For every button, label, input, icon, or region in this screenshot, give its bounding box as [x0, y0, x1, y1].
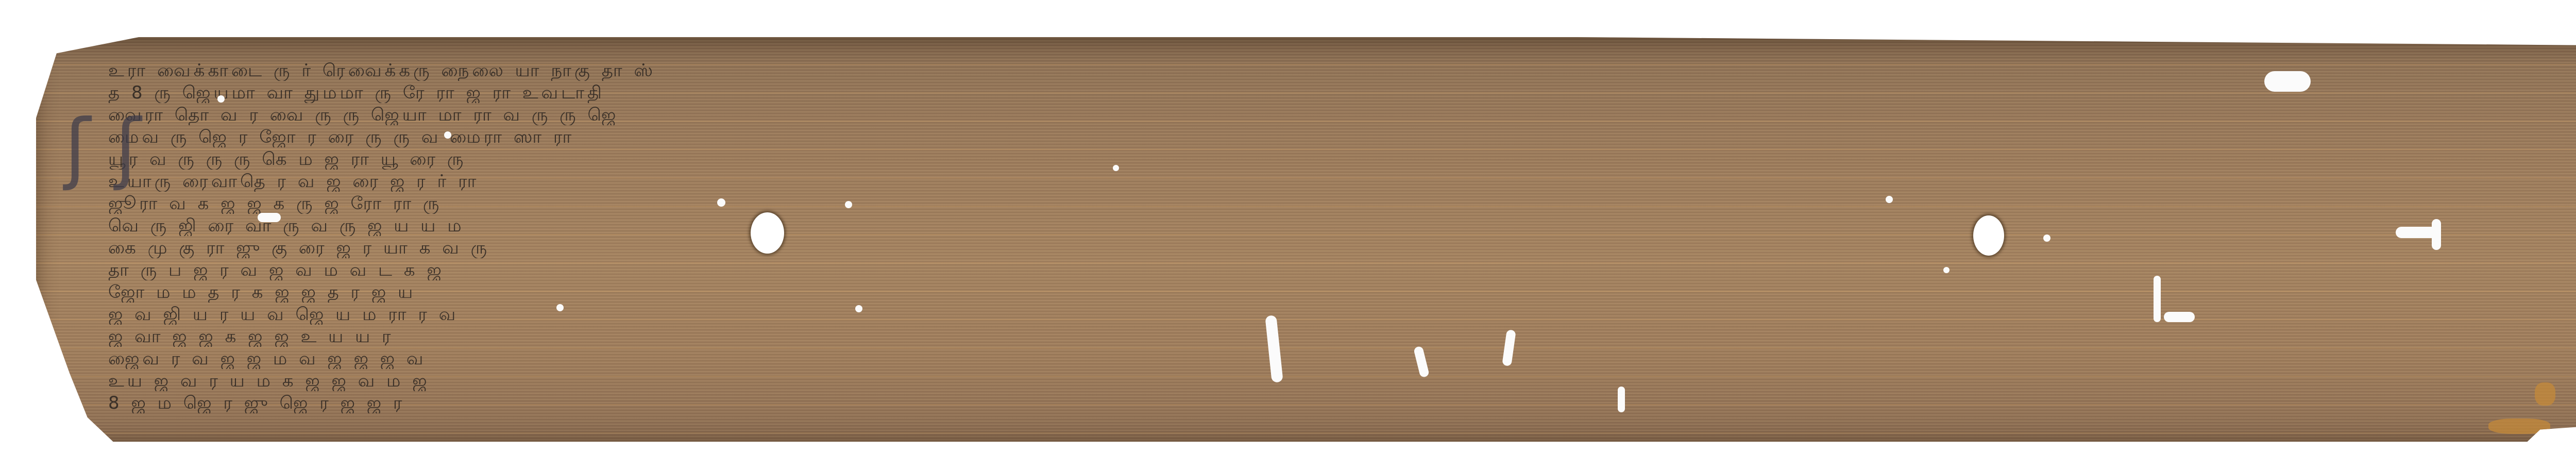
damage-hole: [2154, 276, 2161, 322]
damage-hole: [1618, 387, 1625, 412]
pinhole: [1886, 196, 1893, 203]
manuscript-line: உயாரு ரைவாதெ ர வ ஜ ரை ஜ ர ர் ரா: [108, 171, 2543, 192]
manuscript-line: 8 ஜ ம ஜெ ர ஜு ஜெ ர ஜ ஜ ர: [108, 393, 2543, 413]
string-hole: [1973, 215, 2004, 256]
manuscript-line: ஜூரா வ க ஜ ஜ க ரு ஜ ரோ ரா ரு: [108, 193, 2543, 214]
damage-hole: [2164, 312, 2195, 322]
pinhole: [2043, 234, 2050, 242]
left-margin-mark: ʃ ʃ: [64, 109, 141, 187]
pinhole: [444, 131, 451, 139]
palm-leaf-manuscript: உரா வைக்காடை ரு ர் ரெவைக்கரு நைலை யா நாக…: [36, 37, 2576, 442]
manuscript-line: வெ ரு ஜி ரை வா ரு வ ரு ஜ ய ய ம: [108, 215, 2543, 236]
pinhole: [1113, 165, 1119, 171]
pinhole: [855, 305, 862, 312]
pinhole: [845, 201, 852, 208]
manuscript-line: கை மு கு ரா ஜு கு ரை ஜ ர யா க வ ரு: [108, 238, 2543, 258]
stain: [2488, 418, 2550, 434]
manuscript-line: ஜ வா ஜ ஜ க ஜ ஜ உ ய ய ர: [108, 326, 2543, 347]
manuscript-line: த 8 ரு ஜெயமா வா துமமா ரு ரே ரா ஜ ரா உவடா…: [108, 82, 2543, 103]
pinhole: [217, 95, 225, 103]
manuscript-line: உரா வைக்காடை ரு ர் ரெவைக்கரு நைலை யா நாக…: [108, 60, 2543, 81]
manuscript-line: உய ஜ வ ர ய ம க ஜ ஜ வ ம ஜ: [108, 371, 2543, 391]
manuscript-line: யூர வ ரு ரு ரு கெ ம ஜ ரா யூ ரை ரு: [108, 149, 2543, 170]
manuscript-line: ஜைவ ர வ ஜ ஜ ம வ ஜ ஜ ஜ வ: [108, 348, 2543, 369]
manuscript-line: வைரா தொ வ ர வை ரு ரு ஜெயா மா ரா வ ரு ரு …: [108, 105, 2543, 125]
pinhole: [1943, 267, 1950, 273]
string-hole: [751, 212, 784, 254]
manuscript-line: தா ரு ப ஜ ர வ ஜ வ ம வ ட க ஜ: [108, 260, 2543, 280]
pinhole: [717, 198, 725, 207]
right-margin-mark: ய: [2573, 300, 2576, 357]
pinhole: [556, 304, 564, 311]
manuscript-line: மைவ ரு ஜெ ர ஜோ ர ரை ரு ரு வ மைரா ஸா ரா: [108, 127, 2543, 147]
damage-hole: [2264, 71, 2311, 92]
stain: [2535, 382, 2555, 406]
manuscript-line: ஜோ ம ம த ர க ஜ ஜ த ர ஜ ய: [108, 282, 2543, 303]
damage-hole: [258, 213, 281, 222]
damage-hole: [2432, 219, 2441, 250]
